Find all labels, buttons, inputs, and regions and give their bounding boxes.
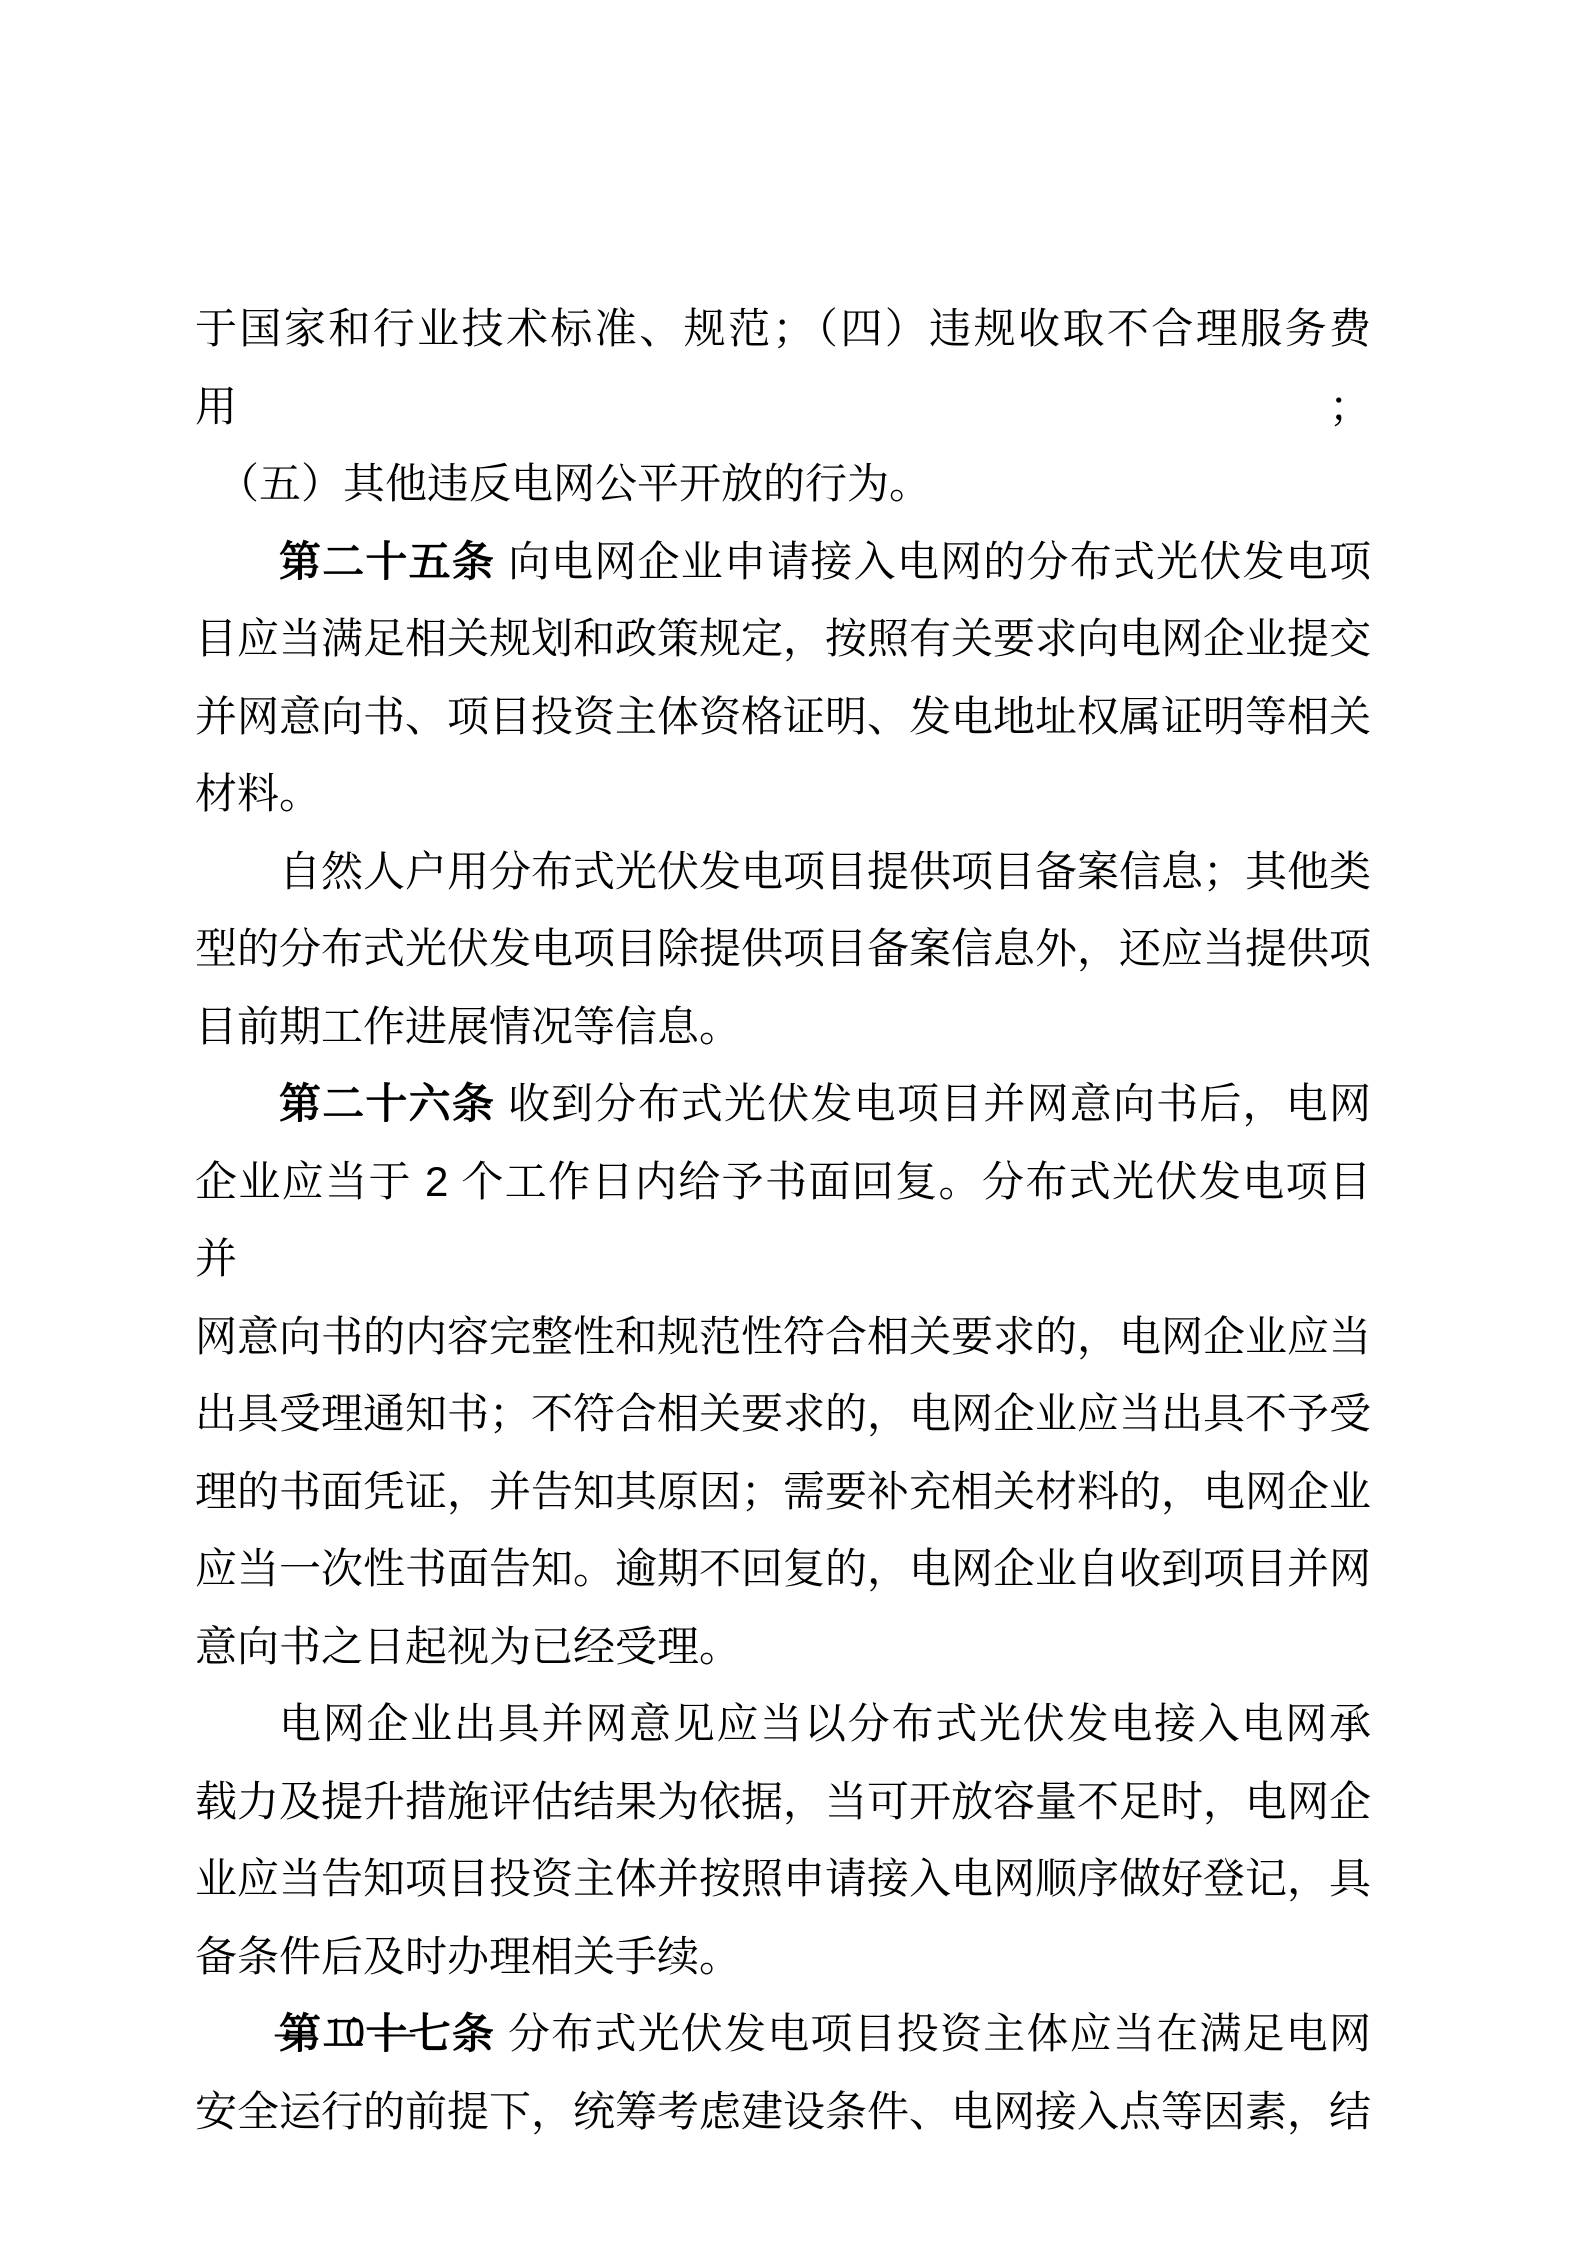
text-line: 目应当满足相关规划和政策规定，按照有关要求向电网企业提交 — [195, 600, 1371, 678]
page-footer: — 10 — — [195, 2008, 495, 2055]
text-line: 安全运行的前提下，统筹考虑建设条件、电网接入点等因素，结 — [195, 2073, 1371, 2151]
article-number: 第二十五条 — [279, 538, 495, 585]
text-line: 型的分布式光伏发电项目除提供项目备案信息外，还应当提供项 — [195, 910, 1371, 988]
text-line: 应当一次性书面告知。逾期不回复的，电网企业自收到项目并网 — [195, 1530, 1371, 1608]
text-line: 网意向书的内容完整性和规范性符合相关要求的，电网企业应当 — [195, 1298, 1371, 1376]
text-line: 备条件后及时办理相关手续。 — [195, 1918, 1371, 1996]
text-line: 自然人户用分布式光伏发电项目提供项目备案信息；其他类 — [195, 833, 1371, 911]
page-number: — 10 — — [275, 2009, 415, 2054]
text-line: 于国家和行业技术标准、规范；（四）违规收取不合理服务费用； — [195, 290, 1371, 445]
text-line: 第二十五条 向电网企业申请接入电网的分布式光伏发电项 — [195, 523, 1371, 601]
text-line: 第二十六条 收到分布式光伏发电项目并网意向书后，电网 — [195, 1065, 1371, 1143]
text-line: 企业应当于 2 个工作日内给予书面回复。分布式光伏发电项目并 — [195, 1143, 1371, 1298]
text-line: 意向书之日起视为已经受理。 — [195, 1608, 1371, 1686]
article-number: 第二十六条 — [279, 1080, 495, 1127]
text-line: 材料。 — [195, 755, 1371, 833]
document-page: 于国家和行业技术标准、规范；（四）违规收取不合理服务费用；（五）其他违反电网公平… — [0, 0, 1587, 2244]
document-body: 于国家和行业技术标准、规范；（四）违规收取不合理服务费用；（五）其他违反电网公平… — [195, 290, 1371, 2150]
text-line: 并网意向书、项目投资主体资格证明、发电地址权属证明等相关 — [195, 678, 1371, 756]
text-line: （五）其他违反电网公平开放的行为。 — [195, 445, 1371, 523]
text-line: 目前期工作进展情况等信息。 — [195, 988, 1371, 1066]
text-line: 电网企业出具并网意见应当以分布式光伏发电接入电网承 — [195, 1685, 1371, 1763]
text-line: 载力及提升措施评估结果为依据，当可开放容量不足时，电网企 — [195, 1763, 1371, 1841]
text-line: 业应当告知项目投资主体并按照申请接入电网顺序做好登记，具 — [195, 1840, 1371, 1918]
text-line: 理的书面凭证，并告知其原因；需要补充相关材料的，电网企业 — [195, 1453, 1371, 1531]
text-line: 出具受理通知书；不符合相关要求的，电网企业应当出具不予受 — [195, 1375, 1371, 1453]
